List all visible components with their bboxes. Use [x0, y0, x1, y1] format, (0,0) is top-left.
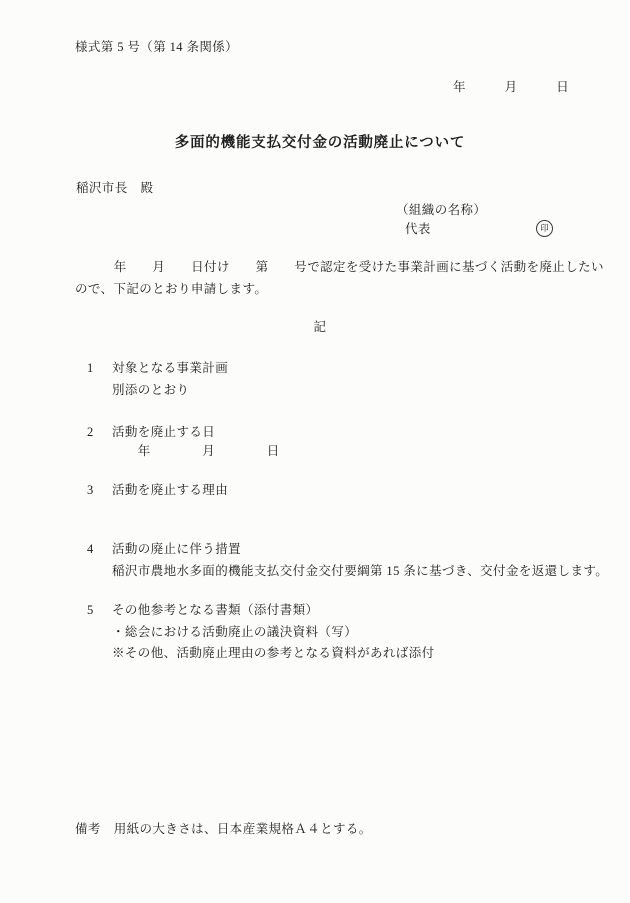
item-5-heading: その他参考となる書類（添付書類）	[112, 602, 318, 618]
item-1-heading: 対象となる事業計画	[112, 360, 228, 376]
item-4-heading: 活動の廃止に伴う措置	[112, 541, 241, 557]
item-2-number: 2	[87, 424, 94, 440]
item-3-heading: 活動を廃止する理由	[112, 482, 228, 498]
document-title: 多面的機能支払交付金の活動廃止について	[75, 135, 565, 151]
body-paragraph-line-1: 年 月 日付け 第 号で認定を受けた事業計画に基づく活動を廃止したい	[75, 259, 604, 275]
representative-label: 代表	[405, 221, 431, 237]
organization-name-label: （組織の名称）	[396, 202, 486, 218]
form-number: 様式第 5 号（第 14 条関係）	[75, 39, 238, 55]
seal-label: 印	[540, 224, 549, 233]
item-5-number: 5	[87, 602, 94, 618]
item-1-content: 別添のとおり	[112, 382, 189, 398]
item-3-number: 3	[87, 482, 94, 498]
addressee: 稲沢市長 殿	[76, 180, 153, 196]
item-4-content: 稲沢市農地水多面的機能支払交付金交付要綱第 15 条に基づき、交付金を返還します…	[112, 563, 608, 579]
item-2-heading: 活動を廃止する日	[112, 424, 215, 440]
seal-stamp: 印	[536, 220, 553, 237]
item-5-content-1: ・総会における活動廃止の議決資料（写）	[112, 624, 357, 640]
remarks-note: 備考 用紙の大きさは、日本産業規格Ａ４とする。	[75, 821, 372, 837]
item-1-number: 1	[87, 360, 94, 376]
date-blank-line: 年 月 日	[453, 79, 569, 95]
record-marker: 記	[75, 319, 565, 335]
item-5-content-2: ※その他、活動廃止理由の参考となる資料があれば添付	[112, 645, 435, 661]
body-paragraph-line-2: ので、下記のとおり申請します。	[75, 281, 267, 297]
item-4-number: 4	[87, 541, 94, 557]
document-page: 様式第 5 号（第 14 条関係） 年 月 日 多面的機能支払交付金の活動廃止に…	[0, 0, 630, 903]
item-2-date-blank-line: 年 月 日	[112, 443, 280, 459]
